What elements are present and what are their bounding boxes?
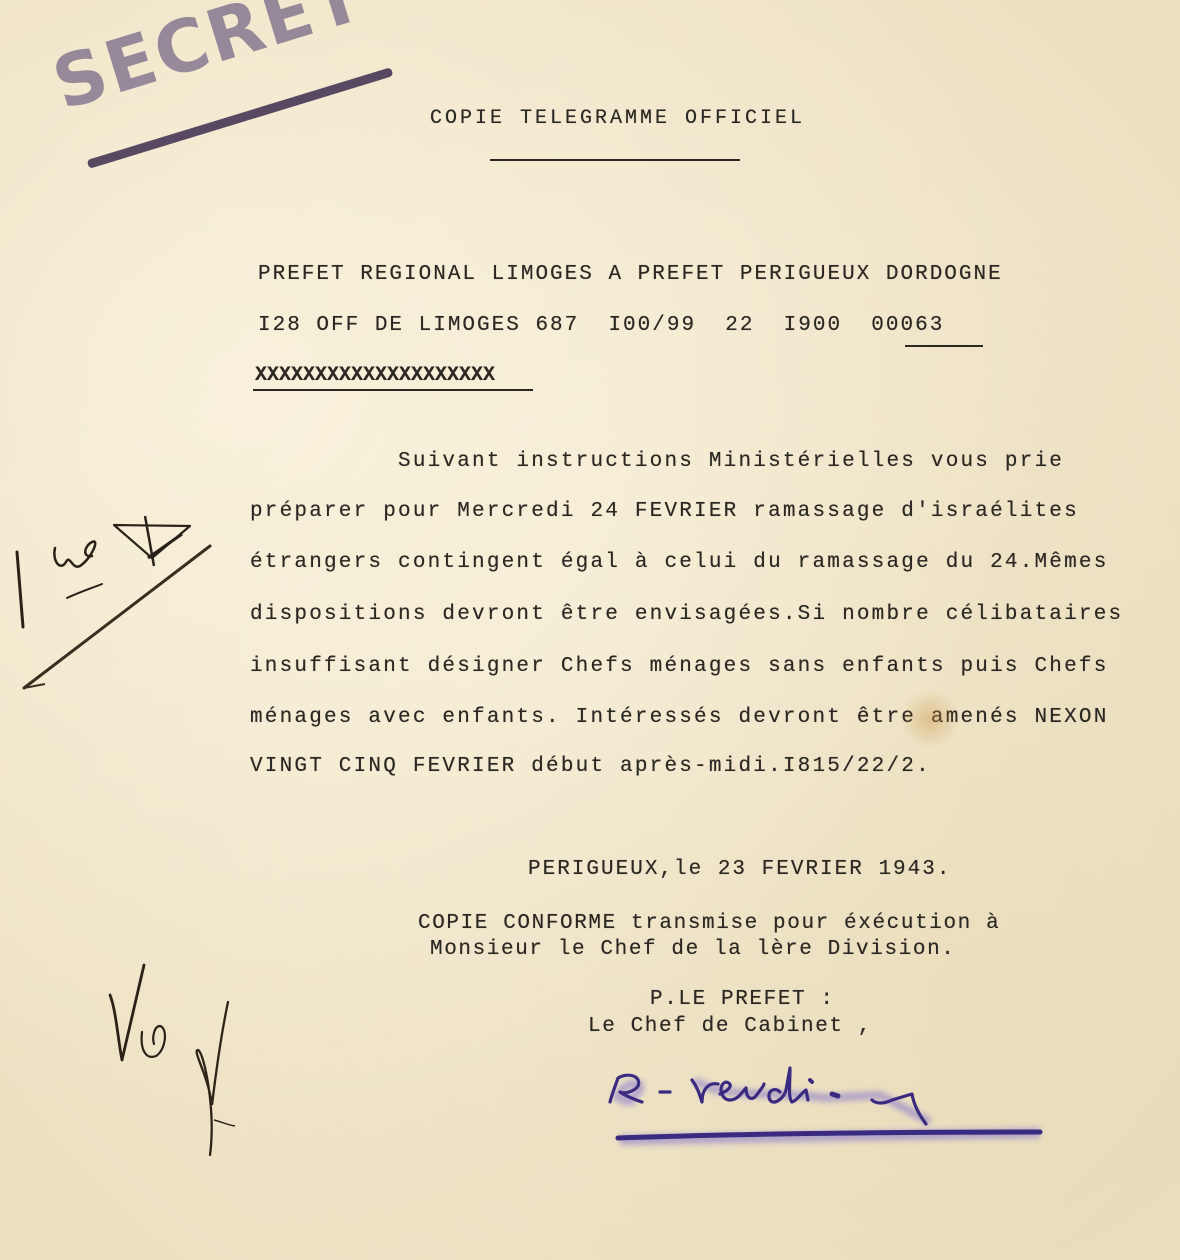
body-line: Suivant instructions Ministérielles vous… [250, 450, 1064, 473]
signatory-role: Le Chef de Cabinet , [588, 1015, 872, 1038]
copy-certification-line1: COPIE CONFORME transmise pour éxécution … [418, 912, 1000, 935]
body-line: insuffisant désigner Chefs ménages sans … [250, 655, 1109, 678]
telegram-header-route: PREFET REGIONAL LIMOGES A PREFET PERIGUE… [258, 263, 1003, 286]
place-and-date: PERIGUEUX,le 23 FEVRIER 1943. [528, 858, 951, 881]
struck-out-line: XXXXXXXXXXXXXXXXXXXX [255, 364, 495, 387]
handwritten-margin-note [0, 500, 230, 700]
telegram-header-reference: I28 OFF DE LIMOGES 687 I00/99 22 I900 00… [258, 314, 944, 337]
document-title: COPIE TELEGRAMME OFFICIEL [430, 107, 805, 130]
body-line: VINGT CINQ FEVRIER début après-midi.I815… [250, 755, 931, 778]
body-line: étrangers contingent égal à celui du ram… [250, 551, 1109, 574]
struck-underline [253, 389, 533, 391]
copy-certification-line2: Monsieur le Chef de la lère Division. [430, 938, 955, 961]
reference-underline [905, 345, 983, 347]
title-rule [490, 159, 740, 161]
signatory-title: P.LE PREFET : [650, 988, 835, 1011]
coffee-stain [900, 690, 960, 748]
signature [580, 1050, 1080, 1170]
handwritten-vu-note [80, 950, 260, 1170]
body-line: ménages avec enfants. Intéressés devront… [250, 706, 1109, 729]
body-line: dispositions devront être envisagées.Si … [250, 603, 1123, 626]
body-line: préparer pour Mercredi 24 FEVRIER ramass… [250, 500, 1079, 523]
